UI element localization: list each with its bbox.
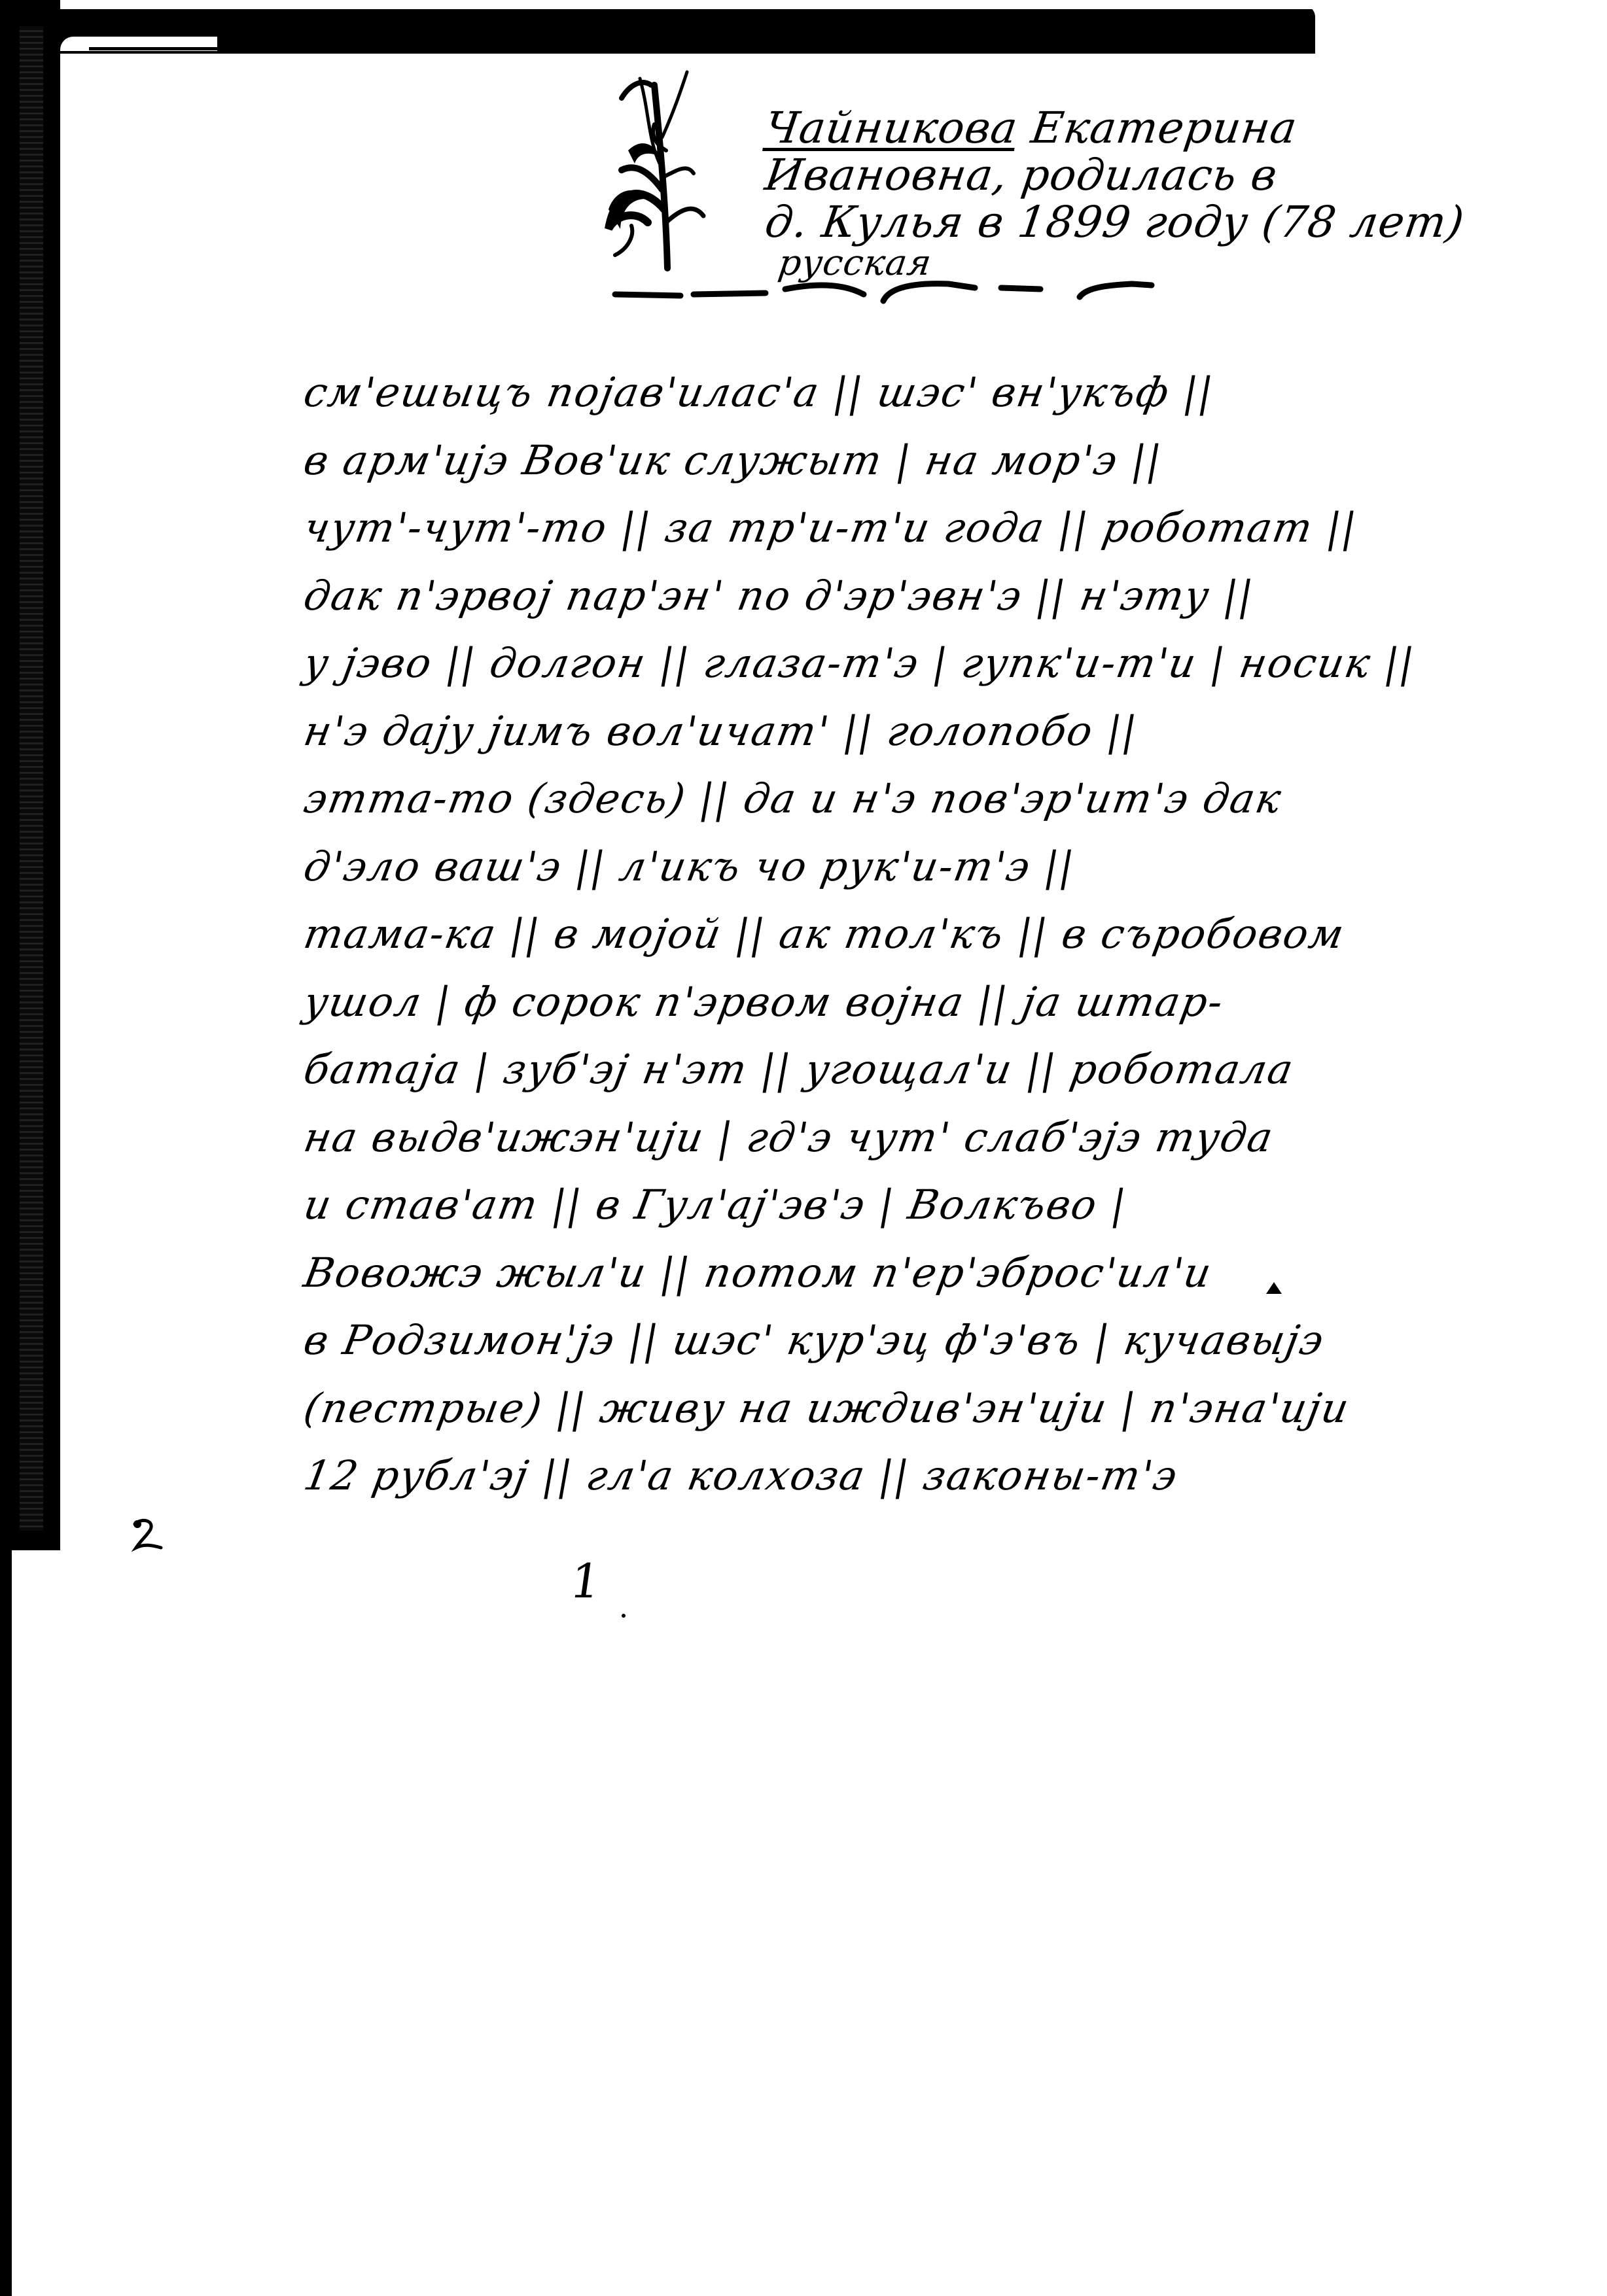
scan-border-top-line — [89, 47, 1201, 50]
stray-ink-mark — [1266, 1282, 1282, 1294]
transcript-line: н'э дају јимъ вол'ичат' || голопобо || — [298, 702, 1422, 770]
scan-border-left — [0, 0, 60, 1550]
transcript-line: дак п'эрвој пар'эн' по д'эр'эвн'э || н'э… — [298, 566, 1422, 635]
stray-ink-dot — [622, 1614, 626, 1618]
transcript-line: в арм'ијэ Вов'ик служыт | на мор'э || — [298, 431, 1422, 499]
plant-sketch-icon — [589, 59, 726, 275]
transcript-line: этта-то (здесь) || да и н'э пов'эр'ит'э … — [298, 769, 1422, 837]
informant-name-line: Чайникова Екатерина — [762, 105, 1468, 152]
transcript-line: в Родзимон'јэ || шэс' кур'эц ф'э'въ | ку… — [298, 1311, 1422, 1379]
transcript-line: чут'-чут'-то || за тр'и-т'и года || робо… — [298, 498, 1422, 566]
ground-strokes-icon — [609, 275, 1335, 314]
informant-birth-line: д. Кулья в 1899 году (78 лет) — [762, 199, 1468, 246]
transcript-line: 12 рубл'эј || гл'а колхоза || законы-т'э — [298, 1446, 1422, 1514]
informant-patronymic-line: Ивановна, родилась в — [762, 152, 1468, 199]
page-number: 1 — [567, 1554, 605, 1609]
transcript-line: тама-ка || в мојой || ак тол'къ || в сър… — [298, 905, 1422, 973]
transcript-line: на выдв'ижэн'иjи | гд'э чут' слаб'эјэ ту… — [298, 1108, 1422, 1176]
informant-details: Чайникова Екатерина Ивановна, родилась в… — [766, 105, 1464, 280]
transcript-line: Вовожэ жыл'и || потом п'ер'эброс'ил'и — [298, 1244, 1422, 1312]
transcript-body: см'ешыцъ појав'илас'а || шэс' вн'укъф ||… — [298, 363, 1410, 1514]
transcript-line: и став'ат || в Гул'ај'эв'э | Волкъво | — [298, 1175, 1422, 1244]
transcript-line: (пестрые) || живу на иждив'эн'иjи | п'эн… — [298, 1379, 1422, 1447]
informant-header: Чайникова Екатерина Ивановна, родилась в… — [589, 59, 1361, 307]
margin-mark-icon — [128, 1518, 168, 1557]
transcript-line: ушол | ф сорок п'эрвом војна || ја штар- — [298, 973, 1422, 1041]
transcript-line: д'эло ваш'э || л'икъ чо рук'и-т'э || — [298, 837, 1422, 905]
transcript-line: у јэво || долгон || глаза-т'э | гуnк'и-т… — [298, 634, 1422, 702]
informant-surname: Чайникова — [762, 103, 1021, 153]
transcript-line: см'ешыцъ појав'илас'а || шэс' вн'укъф || — [298, 363, 1422, 431]
scan-border-left-lower — [0, 1544, 12, 2296]
informant-first-name: Екатерина — [1014, 103, 1300, 153]
transcript-line: батаја | зуб'эј н'эт || угощал'и || робо… — [298, 1040, 1422, 1108]
